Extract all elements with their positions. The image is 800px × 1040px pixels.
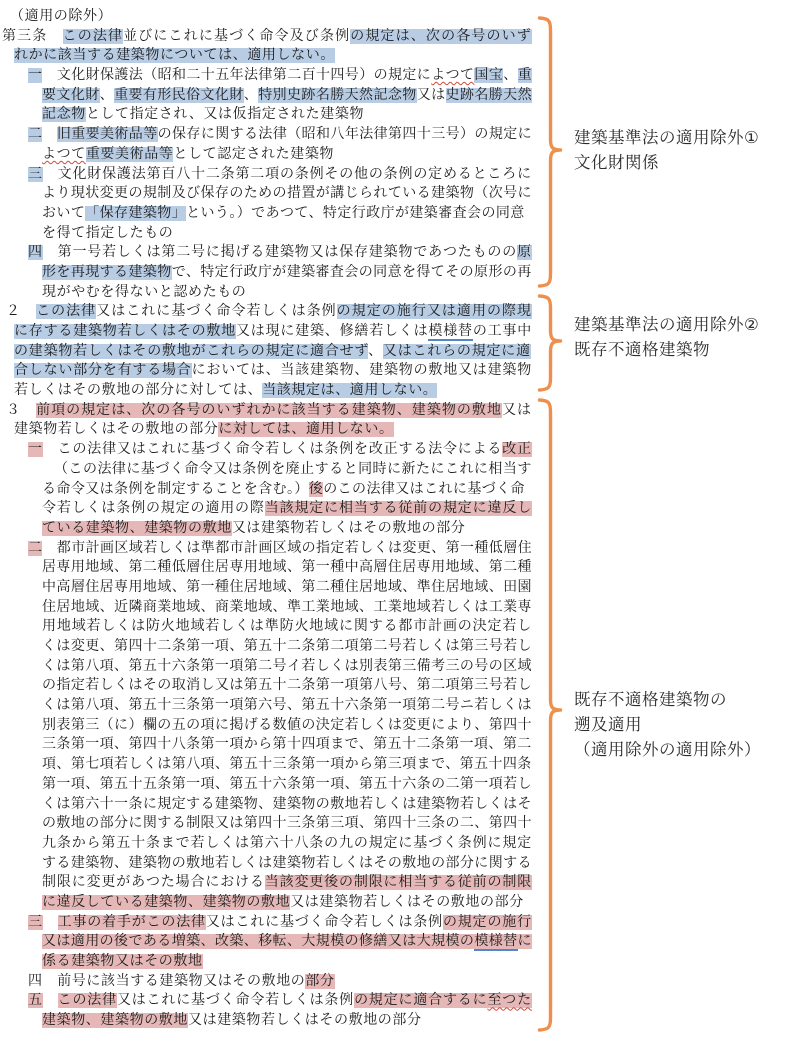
highlighted-text: 改正 <box>502 442 532 457</box>
highlighted-text: 特別史跡名勝天然記念物 <box>258 88 417 103</box>
text-segment: を得て指定したもの <box>42 226 173 241</box>
highlighted-text: に <box>518 934 532 949</box>
text-segment: 三条第一項、第四十八条第一項から第十四項まで、第五十二条第一項、第二 <box>42 737 532 752</box>
text-line: 建築物、建築物の敷地又は建築物若しくはその敷地の部分 <box>2 1011 554 1031</box>
text-line: （この法律に基づく命令又は条例を廃止すると同時に新たにこれに相当す <box>2 460 554 480</box>
highlighted-text: 旧重要美術品等 <box>57 127 158 142</box>
highlighted-text: 「保存建築物」 <box>85 206 186 221</box>
highlighted-text: 当該変更後の制限に相当する従前の制限 <box>265 875 532 890</box>
text-segment: 模様替 <box>428 324 472 341</box>
text-segment: 又はこれに基づく命令若しくは条例 <box>206 915 443 930</box>
text-line: 一 文化財保護法（昭和二十五年法律第二百十四号）の規定によつて国宝、重 <box>2 66 554 86</box>
text-segment: 、 <box>100 88 114 103</box>
highlighted-text: 三 <box>28 915 43 930</box>
text-line: 令若しくは条例の規定の適用の際当該規定に相当する従前の規定に違反し <box>2 499 554 519</box>
text-segment: よつて <box>42 147 86 162</box>
text-line: 二 都市計画区域若しくは準都市計画区域の指定若しくは変更、第一種低層住 <box>2 539 554 559</box>
curly-brace-icon <box>536 16 564 288</box>
text-line: より現状変更の規制及び保存のための措置が講じられている建築物（次号に <box>2 184 554 204</box>
highlighted-text: 重 <box>518 68 532 83</box>
text-segment: 、 <box>503 68 517 83</box>
annotation-label-line: 建築基準法の適用除外② <box>574 313 759 338</box>
text-line: 制限に変更があつた場合における当該変更後の制限に相当する従前の制限 <box>2 873 554 893</box>
highlighted-text: 建築物、建築物の敷地 <box>42 1013 188 1028</box>
curly-brace-icon <box>536 398 564 1032</box>
highlighted-text: 工事の着手がこの法律 <box>58 915 206 930</box>
annotation-label-line: 遡及適用 <box>574 713 761 738</box>
text-line: 四 第一号若しくは第二号に掲げる建築物又は保存建築物であつたものの原 <box>2 243 554 263</box>
text-segment: として認定された建築物 <box>173 147 334 162</box>
highlighted-text: 重要美術品等 <box>86 147 174 162</box>
text-segment: 又は <box>417 88 446 103</box>
annotation-label: 既存不適格建築物の遡及適用（適用除外の適用除外） <box>574 688 761 763</box>
text-line: ている建築物、建築物の敷地又は建築物若しくはその敷地の部分 <box>2 519 554 539</box>
text-line: る命令又は条例を制定することを含む。）後のこの法律又はこれに基づく命 <box>2 480 554 500</box>
text-segment: 並びにこれに基づく命令及び条例 <box>123 29 350 44</box>
text-line: 係る建築物又はその敷地 <box>2 952 554 972</box>
highlighted-text: の規定の施行又は適用の際現 <box>337 304 532 319</box>
text-line: を得て指定したもの <box>2 224 554 244</box>
highlighted-text: の規定は、次の各号のいず <box>350 29 532 44</box>
highlighted-text: この法律 <box>36 304 96 319</box>
text-line: 項、第七項若しくは第八項、第五十三条第一項から第三項まで、第五十四条 <box>2 755 554 775</box>
text-line: くは第八項、第五十六条第一項第二号イ若しくは別表第三備考三の号の区域 <box>2 657 554 677</box>
text-segment: ３ <box>6 403 36 418</box>
text-line: 三条第一項、第四十八条第一項から第十四項まで、第五十二条第一項、第二 <box>2 735 554 755</box>
text-segment: 又は建築物若しくはその敷地の部分 <box>188 1013 422 1028</box>
text-line: 四 前号に該当する建築物又はその敷地の部分 <box>2 972 554 992</box>
text-line: 五 この法律又はこれに基づく命令若しくは条例の規定に適合するに至つた <box>2 991 554 1011</box>
highlighted-text: 形を再現する建築物 <box>42 265 172 280</box>
text-line: の建築物若しくはその敷地がこれらの規定に適合せず、又はこれらの規定に適 <box>2 342 554 362</box>
text-segment: 居専用地域、第二種低層住居専用地域、第一種中高層住居専用地域、第二種 <box>42 560 532 575</box>
text-segment: 四 <box>28 974 43 989</box>
text-segment: 九条から第五十条まで若しくは第六十八条の九の規定に基づく条例に規定 <box>42 836 532 851</box>
text-segment: 都市計画区域若しくは準都市計画区域の指定若しくは変更、第一種低層住 <box>42 541 532 556</box>
highlighted-text: に対しては、適用しない。 <box>218 422 393 437</box>
text-line: ２ この法律又はこれに基づく命令若しくは条例の規定の施行又は適用の際現 <box>2 302 554 322</box>
annotation-label-line: （適用除外の適用除外） <box>574 738 761 763</box>
text-line: 又は適用の後である増築、改築、移転、大規模の修繕又は大規模の模様替に <box>2 932 554 952</box>
text-segment: 別表第三（に）欄の五の項に掲げる数値の決定若しくは変更により、第四十 <box>42 718 532 733</box>
highlighted-text: 至つた <box>487 993 531 1008</box>
text-line: 一 この法律又はこれに基づく命令若しくは条例を改正する法令による改正 <box>2 440 554 460</box>
text-segment: 項、第七項若しくは第八項、第五十三条第一項から第三項まで、第五十四条 <box>42 757 532 772</box>
highlighted-text: の建築物若しくはその敷地がこれらの規定に適合せず <box>14 344 368 359</box>
text-segment: 又は建築物若しくはその敷地の部分 <box>290 895 524 910</box>
text-segment: する建築物、建築物の敷地若しくは建築物若しくはその敷地の部分に関する <box>42 856 532 871</box>
highlighted-text: 四 <box>28 245 43 260</box>
text-segment: 前号に該当する建築物又はその敷地の <box>43 974 306 989</box>
text-segment: くは第八項、第五十三条第一項第六号、第五十六条第一項第二号ニ若しくは <box>42 698 532 713</box>
annotation-label: 建築基準法の適用除外①文化財関係 <box>574 126 759 176</box>
highlighted-text: 五 <box>28 993 43 1008</box>
text-segment: この法律又はこれに基づく命令若しくは条例を改正する法令による <box>43 442 502 457</box>
highlighted-text: 一 <box>28 442 43 457</box>
highlighted-text: 重要有形民俗文化財 <box>114 88 244 103</box>
text-segment: 又は建築物若しくはその敷地の部分 <box>232 521 466 536</box>
text-line: くは第八項、第五十三条第一項第六号、第五十六条第一項第二号ニ若しくは <box>2 696 554 716</box>
text-segment: 第一項、第五十五条第一項、第五十六条第一項、第五十六条の二第一項若し <box>42 777 532 792</box>
text-segment: くは変更、第四十二条第一項、第五十二条第二項第二号若しくは第三号若し <box>42 639 532 654</box>
text-line: に存する建築物若しくはその敷地又は現に建築、修繕若しくは模様替の工事中 <box>2 322 554 342</box>
highlighted-text: 係る建築物又はその敷地 <box>42 954 203 969</box>
document-page: （適用の除外）第三条 この法律並びにこれに基づく命令及び条例の規定は、次の各号の… <box>0 0 800 1040</box>
annotation-label-line: 建築基準法の適用除外① <box>574 126 759 151</box>
text-line: 合しない部分を有する場合においては、当該建築物、建築物の敷地又は建築物 <box>2 361 554 381</box>
curly-brace-icon <box>536 294 564 392</box>
text-line: ３ 前項の規定は、次の各号のいずれかに該当する建築物、建築物の敷地又は <box>2 401 554 421</box>
highlighted-text: に違反している建築物、建築物の敷地 <box>42 895 290 910</box>
text-line: れかに該当する建築物については、適用しない。 <box>2 46 554 66</box>
highlighted-text: 要文化財 <box>42 88 100 103</box>
highlighted-text: 二 <box>28 541 42 556</box>
text-segment: 現がやむを得ないと認めたもの <box>42 285 246 300</box>
text-segment: くは第六十一条に規定する建築物、建築物の敷地若しくは建築物若しくはそ <box>42 797 532 812</box>
text-segment: 住居地域、近隣商業地域、商業地域、準工業地域、工業地域若しくは工業専 <box>42 600 532 615</box>
text-line: に違反している建築物、建築物の敷地又は建築物若しくはその敷地の部分 <box>2 893 554 913</box>
text-segment <box>42 127 56 142</box>
text-line: 三 文化財保護法第百八十二条第二項の条例その他の条例の定めるところに <box>2 165 554 185</box>
text-segment: 用地域若しくは防火地域若しくは準防火地域に関する都市計画の決定若し <box>42 619 532 634</box>
highlighted-text: この法律 <box>63 29 124 44</box>
text-segment <box>43 993 58 1008</box>
text-segment: 文化財保護法第百八十二条第二項の条例その他の条例の定めるところに <box>43 167 532 182</box>
text-segment: （この法律に基づく命令又は条例を廃止すると同時に新たにこれに相当す <box>54 462 532 477</box>
text-segment: で、特定行政庁が建築審査会の同意を得てその原形の再 <box>172 265 532 280</box>
text-segment: 制限に変更があつた場合における <box>42 875 265 890</box>
highlighted-text: 三 <box>28 167 43 182</box>
text-segment: という。）であつて、特定行政庁が建築審査会の同意 <box>186 206 525 221</box>
text-line: 三 工事の着手がこの法律又はこれに基づく命令若しくは条例の規定の施行 <box>2 913 554 933</box>
text-line: 若しくはその敷地の部分に対しては、当該規定は、適用しない。 <box>2 381 554 401</box>
text-segment: 又は現に建築、修繕若しくは <box>236 324 428 339</box>
text-segment: よつて <box>431 68 474 83</box>
highlighted-text: 史跡名勝天然 <box>446 88 532 103</box>
text-line: 第一項、第五十五条第一項、第五十六条第一項、第五十六条の二第一項若し <box>2 775 554 795</box>
text-segment: おいて <box>42 206 85 221</box>
text-segment: 、 <box>368 344 383 359</box>
text-segment <box>43 915 58 930</box>
highlighted-text: れかに該当する建築物については、適用しない。 <box>14 48 335 63</box>
text-line: 記念物として指定され、又は仮指定された建築物 <box>2 105 554 125</box>
highlighted-text: 記念物 <box>42 107 86 122</box>
highlighted-text: 又はこれらの規定に適 <box>383 344 531 359</box>
text-line: くは第六十一条に規定する建築物、建築物の敷地若しくは建築物若しくはそ <box>2 795 554 815</box>
highlighted-text: 当該規定に相当する従前の規定に違反し <box>265 501 532 516</box>
text-segment: の工事中 <box>473 324 532 339</box>
text-segment: においては、当該建築物、建築物の敷地又は建築物 <box>192 363 532 378</box>
annotation-label-line: 既存不適格建築物 <box>574 338 759 363</box>
highlighted-text: この法律 <box>58 993 117 1008</box>
highlighted-text: 当該規定は、適用しない。 <box>262 383 437 398</box>
text-line: 住居地域、近隣商業地域、商業地域、準工業地域、工業地域若しくは工業専 <box>2 598 554 618</box>
text-segment: 中高層住居専用地域、第一種住居地域、第二種住居地域、準住居地域、田園 <box>42 580 532 595</box>
highlighted-text: 模様替 <box>474 934 517 951</box>
text-line: 九条から第五十条まで若しくは第六十八条の九の規定に基づく条例に規定 <box>2 834 554 854</box>
highlighted-text: 二 <box>28 127 42 142</box>
text-segment: ２ <box>6 304 36 319</box>
text-segment: 若しくはその敷地の部分に対しては、 <box>14 383 262 398</box>
highlighted-text: に存する建築物若しくはその敷地 <box>14 324 236 339</box>
highlighted-text: ている建築物、建築物の敷地 <box>42 521 232 536</box>
text-line: 用地域若しくは防火地域若しくは準防火地域に関する都市計画の決定若し <box>2 617 554 637</box>
text-segment: 、 <box>244 88 258 103</box>
annotation-label-line: 文化財関係 <box>574 151 759 176</box>
text-segment: 又はこれに基づく命令若しくは条例 <box>117 993 354 1008</box>
text-segment: のこの法律又はこれに基づく命 <box>323 482 525 497</box>
text-line: くは変更、第四十二条第一項、第五十二条第二項第二号若しくは第三号若し <box>2 637 554 657</box>
text-line: （適用の除外） <box>2 7 554 27</box>
text-line: する建築物、建築物の敷地若しくは建築物若しくはその敷地の部分に関する <box>2 854 554 874</box>
text-segment: 建築物若しくはその敷地の部分 <box>14 422 218 437</box>
text-line: 居専用地域、第二種低層住居専用地域、第一種中高層住居専用地域、第二種 <box>2 558 554 578</box>
legal-text-body: （適用の除外）第三条 この法律並びにこれに基づく命令及び条例の規定は、次の各号の… <box>2 7 554 1031</box>
text-segment: 令若しくは条例の規定の適用の際 <box>42 501 265 516</box>
text-line: 二 旧重要美術品等の保存に関する法律（昭和八年法律第四十三号）の規定に <box>2 125 554 145</box>
text-segment: 又は <box>502 403 532 418</box>
text-line: の指定若しくはその取消し又は第五十二条第一項第八号、第二項第三号若し <box>2 676 554 696</box>
text-segment: より現状変更の規制及び保存のための措置が講じられている建築物（次号に <box>42 186 532 201</box>
highlighted-text: 又は適用の後である増築、改築、移転、大規模の修繕又は大規模の <box>42 934 474 949</box>
text-segment: の指定若しくはその取消し又は第五十二条第一項第八号、第二項第三号若し <box>42 678 532 693</box>
text-segment: の保存に関する法律（昭和八年法律第四十三号）の規定に <box>158 127 532 142</box>
text-line: 要文化財、重要有形民俗文化財、特別史跡名勝天然記念物又は史跡名勝天然 <box>2 86 554 106</box>
text-line: 形を再現する建築物で、特定行政庁が建築審査会の同意を得てその原形の再 <box>2 263 554 283</box>
text-line: 中高層住居専用地域、第一種住居地域、第二種住居地域、準住居地域、田園 <box>2 578 554 598</box>
text-segment: の敷地の部分に関する制限又は第四十三条第三項、第四十三条の二、第四十 <box>42 816 532 831</box>
highlighted-text: の規定の施行 <box>443 915 532 930</box>
highlighted-text: 国宝 <box>474 68 503 83</box>
text-line: 建築物若しくはその敷地の部分に対しては、適用しない。 <box>2 420 554 440</box>
text-line: の敷地の部分に関する制限又は第四十三条第三項、第四十三条の二、第四十 <box>2 814 554 834</box>
text-segment: 文化財保護法（昭和二十五年法律第二百十四号）の規定に <box>42 68 431 83</box>
text-line: 現がやむを得ないと認めたもの <box>2 283 554 303</box>
highlighted-text: 一 <box>28 68 42 83</box>
highlighted-text: 前項の規定は、次の各号のいずれかに該当する建築物、建築物の敷地 <box>36 403 502 418</box>
annotation-label: 建築基準法の適用除外②既存不適格建築物 <box>574 313 759 363</box>
text-segment: 第三条 <box>2 29 63 44</box>
highlighted-text: 部分 <box>305 974 334 989</box>
highlighted-text: の規定に適合するに <box>354 993 487 1008</box>
text-line: おいて「保存建築物」という。）であつて、特定行政庁が建築審査会の同意 <box>2 204 554 224</box>
text-line: よつて重要美術品等として認定された建築物 <box>2 145 554 165</box>
highlighted-text: 合しない部分を有する場合 <box>14 363 192 378</box>
text-segment: （適用の除外） <box>10 9 112 24</box>
text-segment: として指定され、又は仮指定された建築物 <box>86 107 364 122</box>
highlighted-text: 後 <box>309 482 323 497</box>
text-segment: 第一号若しくは第二号に掲げる建築物又は保存建築物であつたものの <box>43 245 517 260</box>
text-segment: 又はこれに基づく命令若しくは条例 <box>96 304 336 319</box>
text-segment: る命令又は条例を制定することを含む。） <box>42 482 309 497</box>
text-line: 別表第三（に）欄の五の項に掲げる数値の決定若しくは変更により、第四十 <box>2 716 554 736</box>
text-line: 第三条 この法律並びにこれに基づく命令及び条例の規定は、次の各号のいず <box>2 27 554 47</box>
highlighted-text: 原 <box>517 245 532 260</box>
annotation-label-line: 既存不適格建築物の <box>574 688 761 713</box>
text-segment: くは第八項、第五十六条第一項第二号イ若しくは別表第三備考三の号の区域 <box>42 659 532 674</box>
